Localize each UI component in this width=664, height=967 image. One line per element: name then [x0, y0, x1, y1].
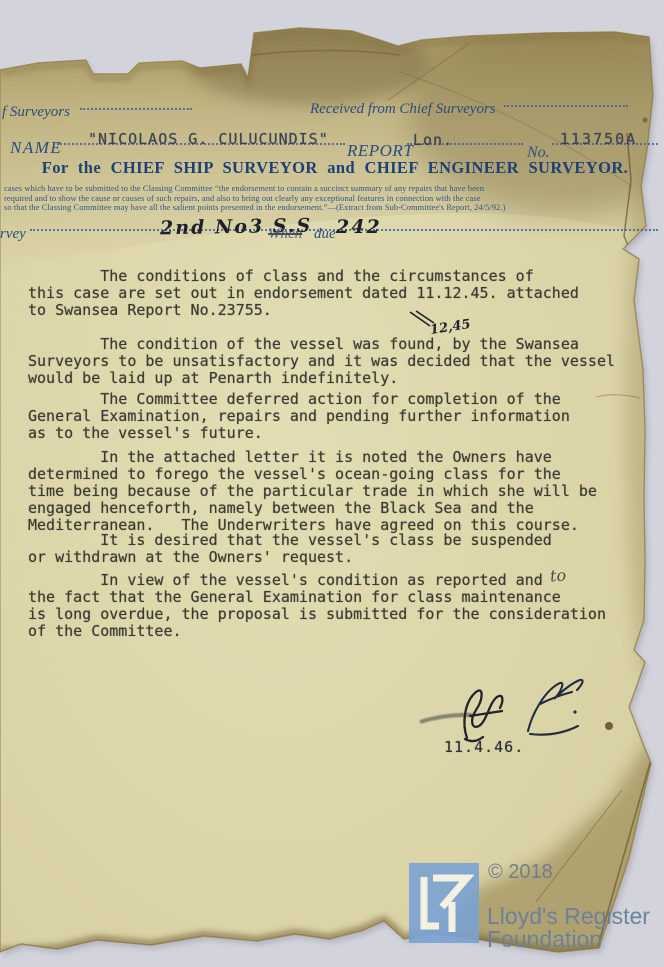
- surveyors-field-label: f Surveyors: [2, 104, 70, 121]
- received-field-label: Received from Chief Surveyors: [310, 101, 496, 118]
- survey-field-label: rvey: [0, 226, 26, 243]
- scanner-background: f Surveyors Received from Chief Surveyor…: [0, 0, 664, 967]
- signature-date: 11.4.46.: [444, 738, 524, 756]
- fine-print-extract: cases which have to be submitted to the …: [4, 184, 506, 213]
- ship-name-value: "NICOLAOS G. CULUCUNDIS": [88, 130, 329, 148]
- surveyors-field-line: [80, 108, 192, 110]
- annotation-handwritten-to: to: [549, 565, 566, 585]
- paragraph-vessel-condition: The condition of the vessel was found, b…: [28, 336, 636, 387]
- report-number-value: 113750A: [560, 130, 637, 148]
- annotation-slash-mark: [408, 310, 440, 332]
- paragraph-conditions-of-class: The conditions of class and the circumst…: [28, 268, 636, 319]
- paragraph-owners-letter: In the attached letter it is noted the O…: [28, 449, 636, 534]
- paper-speck: [643, 118, 648, 123]
- watermark-copyright: © 2018: [488, 861, 553, 884]
- signature-2: [528, 680, 583, 735]
- lr-logo-icon: [409, 863, 479, 943]
- report-office-value: Lon.: [413, 131, 453, 149]
- signature-1: [420, 691, 502, 742]
- watermark-org-name2: Foundation: [487, 926, 602, 953]
- due-value-handwritten: 242: [336, 216, 382, 238]
- paragraph-committee-deferred: The Committee deferred action for comple…: [28, 391, 636, 442]
- due-label: due: [314, 226, 336, 243]
- paragraph-class-suspension: It is desired that the vessel's class be…: [28, 532, 636, 566]
- when-label-struck: When: [268, 226, 302, 243]
- paragraph-proposal: In view of the vessel's condition as rep…: [28, 572, 636, 640]
- paper-hole: [605, 722, 613, 730]
- form-title: For the CHIEF SHIP SURVEYOR and CHIEF EN…: [30, 158, 640, 178]
- received-field-line: [504, 105, 628, 107]
- name-label: NAME: [10, 138, 62, 158]
